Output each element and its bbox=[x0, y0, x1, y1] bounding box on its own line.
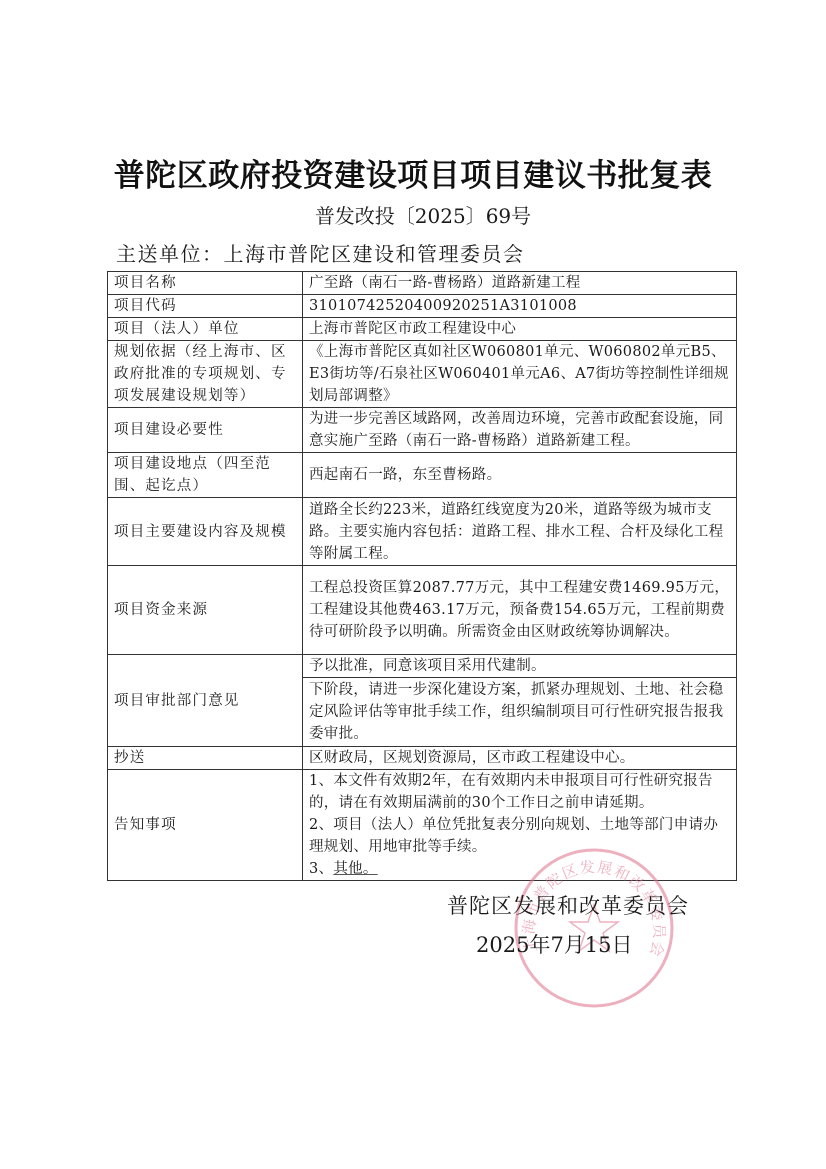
table-row: 项目建设必要性 为进一步完善区域路网，改善周边环境，完善市政配套设施，同意实施广… bbox=[108, 408, 737, 453]
document-title: 普陀区政府投资建设项目项目建议书批复表 bbox=[0, 150, 826, 195]
table-row: 项目（法人）单位 上海市普陀区市政工程建设中心 bbox=[108, 318, 737, 341]
table-row: 项目资金来源 工程总投资匡算2087.77万元，其中工程建安费1469.95万元… bbox=[108, 566, 737, 655]
row-value: 31010742520400920251A3101008 bbox=[303, 295, 737, 318]
table-row: 项目审批部门意见 予以批准，同意该项目采用代建制。 bbox=[108, 655, 737, 678]
row-label: 项目建设地点（四至范围、起讫点） bbox=[108, 453, 303, 498]
row-value: 工程总投资匡算2087.77万元，其中工程建安费1469.95万元，工程建设其他… bbox=[303, 566, 737, 655]
table-row: 项目名称 广至路（南石一路-曹杨路）道路新建工程 bbox=[108, 272, 737, 295]
row-value: 道路全长约223米，道路红线宽度为20米，道路等级为城市支路。主要实施内容包括：… bbox=[303, 498, 737, 566]
row-label: 规划依据（经上海市、区政府批准的专项规划、专项发展建设规划等） bbox=[108, 341, 303, 408]
notice-other: 其他。 bbox=[333, 861, 377, 877]
row-value: 上海市普陀区市政工程建设中心 bbox=[303, 318, 737, 341]
row-value: 《上海市普陀区真如社区W060801单元、W060802单元B5、E3街坊等/石… bbox=[303, 341, 737, 408]
recipient-label: 主送单位： bbox=[116, 242, 224, 266]
row-label: 告知事项 bbox=[108, 770, 303, 881]
row-label: 项目审批部门意见 bbox=[108, 655, 303, 747]
row-value: 西起南石一路，东至曹杨路。 bbox=[303, 453, 737, 498]
row-label: 项目建设必要性 bbox=[108, 408, 303, 453]
row-label: 项目资金来源 bbox=[108, 566, 303, 655]
table-row: 项目建设地点（四至范围、起讫点） 西起南石一路，东至曹杨路。 bbox=[108, 453, 737, 498]
row-label: 项目代码 bbox=[108, 295, 303, 318]
row-value: 广至路（南石一路-曹杨路）道路新建工程 bbox=[303, 272, 737, 295]
official-seal-icon: 上海市普陀区发展和改革委员会 bbox=[513, 847, 675, 1009]
row-value: 区财政局，区规划资源局，区市政工程建设中心。 bbox=[303, 747, 737, 770]
notice-item: 1、本文件有效期2年，在有效期内未申报项目可行性研究报告的，请在有效期届满前的3… bbox=[309, 770, 730, 814]
row-label: 项目主要建设内容及规模 bbox=[108, 498, 303, 566]
row-label: 项目（法人）单位 bbox=[108, 318, 303, 341]
row-value-approval: 予以批准，同意该项目采用代建制。 bbox=[303, 655, 737, 678]
document-number: 普发改投〔2025〕69号 bbox=[0, 200, 826, 229]
approval-table: 项目名称 广至路（南石一路-曹杨路）道路新建工程 项目代码 3101074252… bbox=[107, 271, 737, 881]
table-row: 抄送 区财政局，区规划资源局，区市政工程建设中心。 bbox=[108, 747, 737, 770]
recipient-name: 上海市普陀区建设和管理委员会 bbox=[224, 242, 525, 266]
row-value: 为进一步完善区域路网，改善周边环境，完善市政配套设施，同意实施广至路（南石一路-… bbox=[303, 408, 737, 453]
row-label: 抄送 bbox=[108, 747, 303, 770]
table-row: 项目主要建设内容及规模 道路全长约223米，道路红线宽度为20米，道路等级为城市… bbox=[108, 498, 737, 566]
row-value-next-steps: 下阶段，请进一步深化建设方案，抓紧办理规划、土地、社会稳定风险评估等审批手续工作… bbox=[303, 678, 737, 747]
issuer-name: 普陀区发展和改革委员会 bbox=[447, 890, 689, 920]
issue-date: 2025年7月15日 bbox=[476, 929, 633, 959]
row-label: 项目名称 bbox=[108, 272, 303, 295]
table-row: 规划依据（经上海市、区政府批准的专项规划、专项发展建设规划等） 《上海市普陀区真… bbox=[108, 341, 737, 408]
table-row: 项目代码 31010742520400920251A3101008 bbox=[108, 295, 737, 318]
recipient-line: 主送单位：上海市普陀区建设和管理委员会 bbox=[116, 238, 525, 267]
